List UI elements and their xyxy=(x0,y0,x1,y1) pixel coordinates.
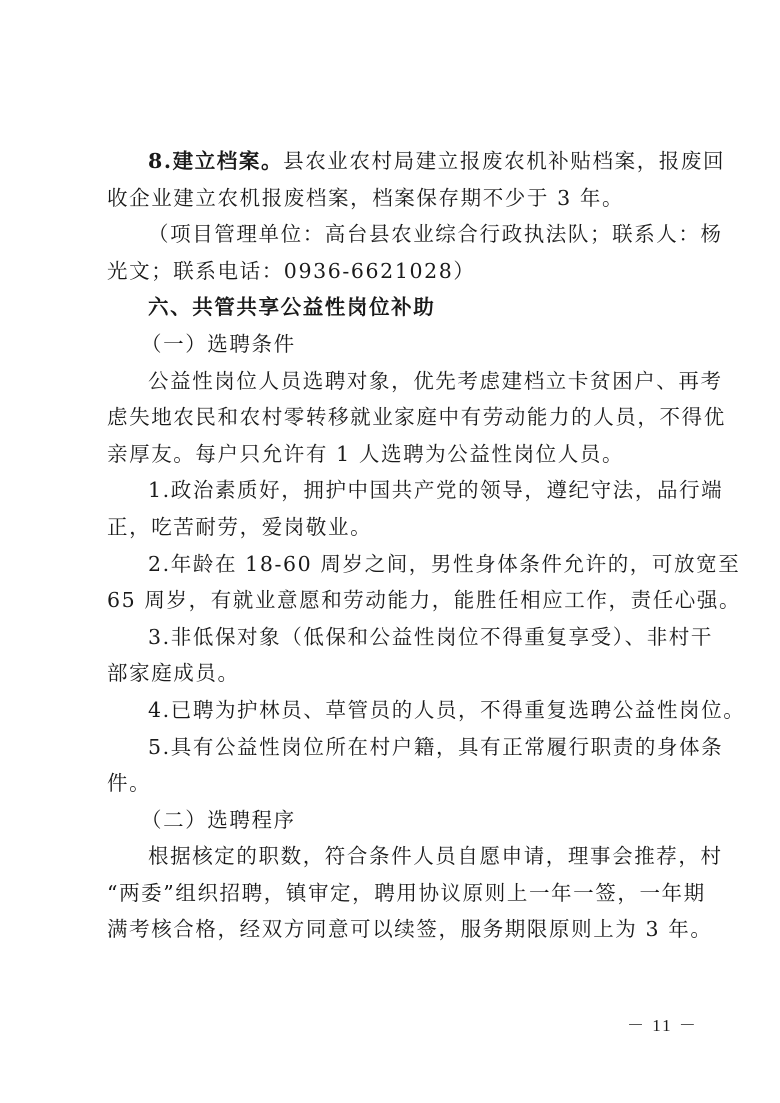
condition3-line1: 3.非低保对象（低保和公益性岗位不得重复享受）、非村干 xyxy=(107,619,694,656)
sub2-line1: 根据核定的职数，符合条件人员自愿申请，理事会推荐，村 xyxy=(107,838,694,875)
item8-line1: 8.建立档案。县农业农村局建立报废农机补贴档案，报废回 xyxy=(107,143,694,180)
sub2-line2: “两委”组织招聘，镇审定，聘用协议原则上一年一签，一年期 xyxy=(107,875,694,912)
condition5-line1: 5.具有公益性岗位所在村户籍，具有正常履行职责的身体条 xyxy=(107,729,694,766)
document-page: 8.建立档案。县农业农村局建立报废农机补贴档案，报废回 收企业建立农机报废档案，… xyxy=(107,143,694,948)
condition4-line1: 4.已聘为护林员、草管员的人员，不得重复选聘公益性岗位。 xyxy=(107,692,694,729)
intro-line3: 亲厚友。每户只允许有 1 人选聘为公益性岗位人员。 xyxy=(107,436,694,473)
sub2-title: （二）选聘程序 xyxy=(107,802,694,839)
intro-line1: 公益性岗位人员选聘对象，优先考虑建档立卡贫困户、再考 xyxy=(107,363,694,400)
condition2-line2: 65 周岁，有就业意愿和劳动能力，能胜任相应工作，责任心强。 xyxy=(107,582,694,619)
condition1-line2: 正，吃苦耐劳，爱岗敬业。 xyxy=(107,509,694,546)
intro-line2: 虑失地农民和农村零转移就业家庭中有劳动能力的人员，不得优 xyxy=(107,399,694,436)
sub2-line3: 满考核合格，经双方同意可以续签，服务期限原则上为 3 年。 xyxy=(107,911,694,948)
contact-line2: 光文；联系电话：0936-6621028） xyxy=(107,253,694,290)
sub1-title: （一）选聘条件 xyxy=(107,326,694,363)
item8-label: 8.建立档案。 xyxy=(148,149,283,173)
section6-title: 六、共管共享公益性岗位补助 xyxy=(107,289,694,326)
condition3-line2: 部家庭成员。 xyxy=(107,655,694,692)
condition5-line2: 件。 xyxy=(107,765,694,802)
page-number: － 11 － xyxy=(627,1011,698,1036)
condition2-line1: 2.年龄在 18-60 周岁之间，男性身体条件允许的，可放宽至 xyxy=(107,546,694,583)
condition1-line1: 1.政治素质好，拥护中国共产党的领导，遵纪守法，品行端 xyxy=(107,472,694,509)
contact-line1: （项目管理单位：高台县农业综合行政执法队；联系人：杨 xyxy=(107,216,694,253)
item8-line2: 收企业建立农机报废档案，档案保存期不少于 3 年。 xyxy=(107,180,694,217)
